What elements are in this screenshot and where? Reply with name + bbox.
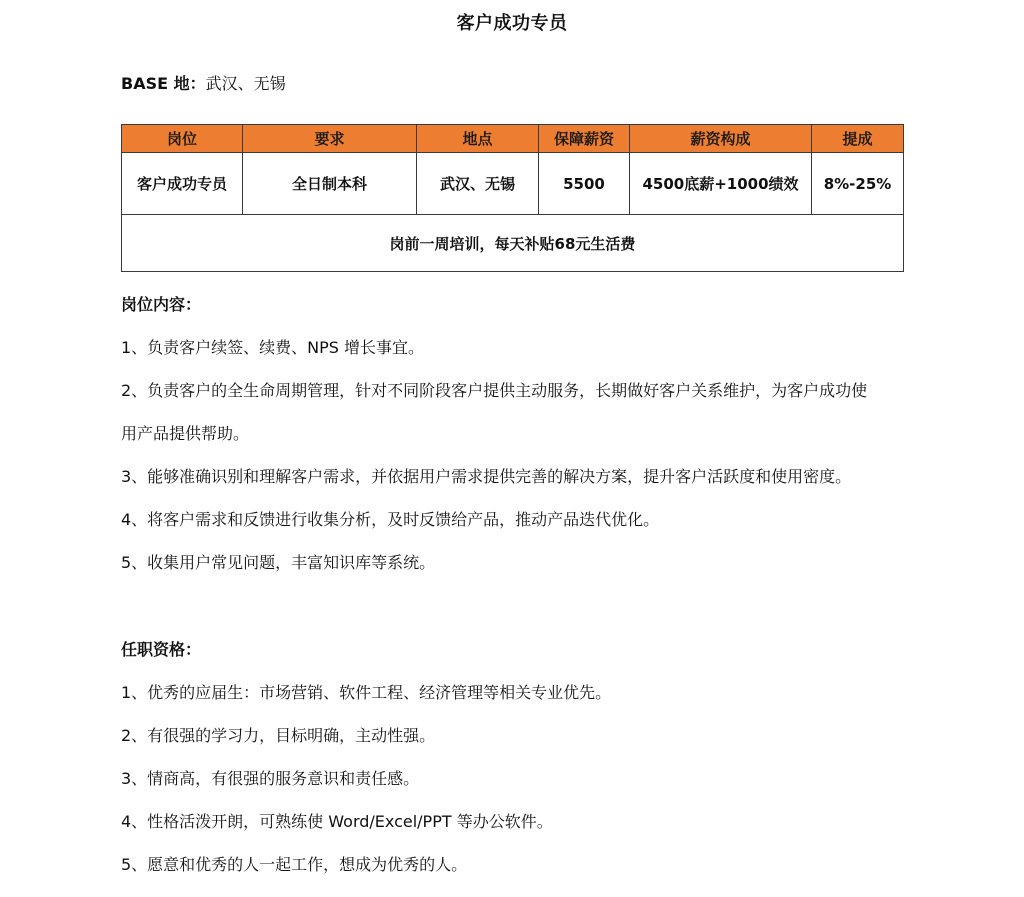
duty-item-continued: 用产品提供帮助。 [121, 421, 249, 444]
column-header-requirement: 要求 [243, 125, 417, 153]
cell-location: 武汉、无锡 [417, 153, 539, 215]
column-header-commission: 提成 [812, 125, 904, 153]
cell-requirement: 全日制本科 [243, 153, 417, 215]
column-header-location: 地点 [417, 125, 539, 153]
column-header-salary-structure: 薪资构成 [630, 125, 812, 153]
cell-salary-structure: 4500底薪+1000绩效 [630, 153, 812, 215]
qualification-item: 4、性格活泼开朗，可熟练使 Word/Excel/PPT 等办公软件。 [121, 809, 553, 832]
qualifications-heading: 任职资格： [121, 637, 201, 660]
duty-item: 3、能够准确识别和理解客户需求，并依据用户需求提供完善的解决方案，提升客户活跃度… [121, 464, 851, 487]
cell-guaranteed-salary: 5500 [539, 153, 630, 215]
cell-commission: 8%-25% [812, 153, 904, 215]
duties-heading: 岗位内容： [121, 292, 201, 315]
qualification-item: 1、优秀的应届生：市场营销、软件工程、经济管理等相关专业优先。 [121, 680, 611, 703]
duty-item: 2、负责客户的全生命周期管理，针对不同阶段客户提供主动服务，长期做好客户关系维护… [121, 378, 867, 401]
cell-position: 客户成功专员 [122, 153, 243, 215]
column-header-guaranteed-salary: 保障薪资 [539, 125, 630, 153]
qualification-item: 2、有很强的学习力，目标明确，主动性强。 [121, 723, 435, 746]
document-title: 客户成功专员 [0, 9, 1024, 35]
base-location-label: BASE 地： [121, 74, 206, 93]
job-summary-table: 岗位 要求 地点 保障薪资 薪资构成 提成 客户成功专员 全日制本科 武汉、无锡… [121, 124, 904, 272]
cell-training-note: 岗前一周培训，每天补贴68元生活费 [122, 215, 904, 272]
duty-item: 4、将客户需求和反馈进行收集分析，及时反馈给产品，推动产品迭代优化。 [121, 507, 659, 530]
duty-item: 1、负责客户续签、续费、NPS 增长事宜。 [121, 335, 424, 358]
qualification-item: 3、情商高，有很强的服务意识和责任感。 [121, 766, 419, 789]
duty-item: 5、收集用户常见问题，丰富知识库等系统。 [121, 550, 435, 573]
base-location-value: 武汉、无锡 [206, 74, 286, 93]
table-row: 客户成功专员 全日制本科 武汉、无锡 5500 4500底薪+1000绩效 8%… [122, 153, 904, 215]
base-location: BASE 地：武汉、无锡 [121, 71, 286, 94]
table-header-row: 岗位 要求 地点 保障薪资 薪资构成 提成 [122, 125, 904, 153]
column-header-position: 岗位 [122, 125, 243, 153]
qualification-item: 5、愿意和优秀的人一起工作，想成为优秀的人。 [121, 852, 467, 875]
table-row-training: 岗前一周培训，每天补贴68元生活费 [122, 215, 904, 272]
